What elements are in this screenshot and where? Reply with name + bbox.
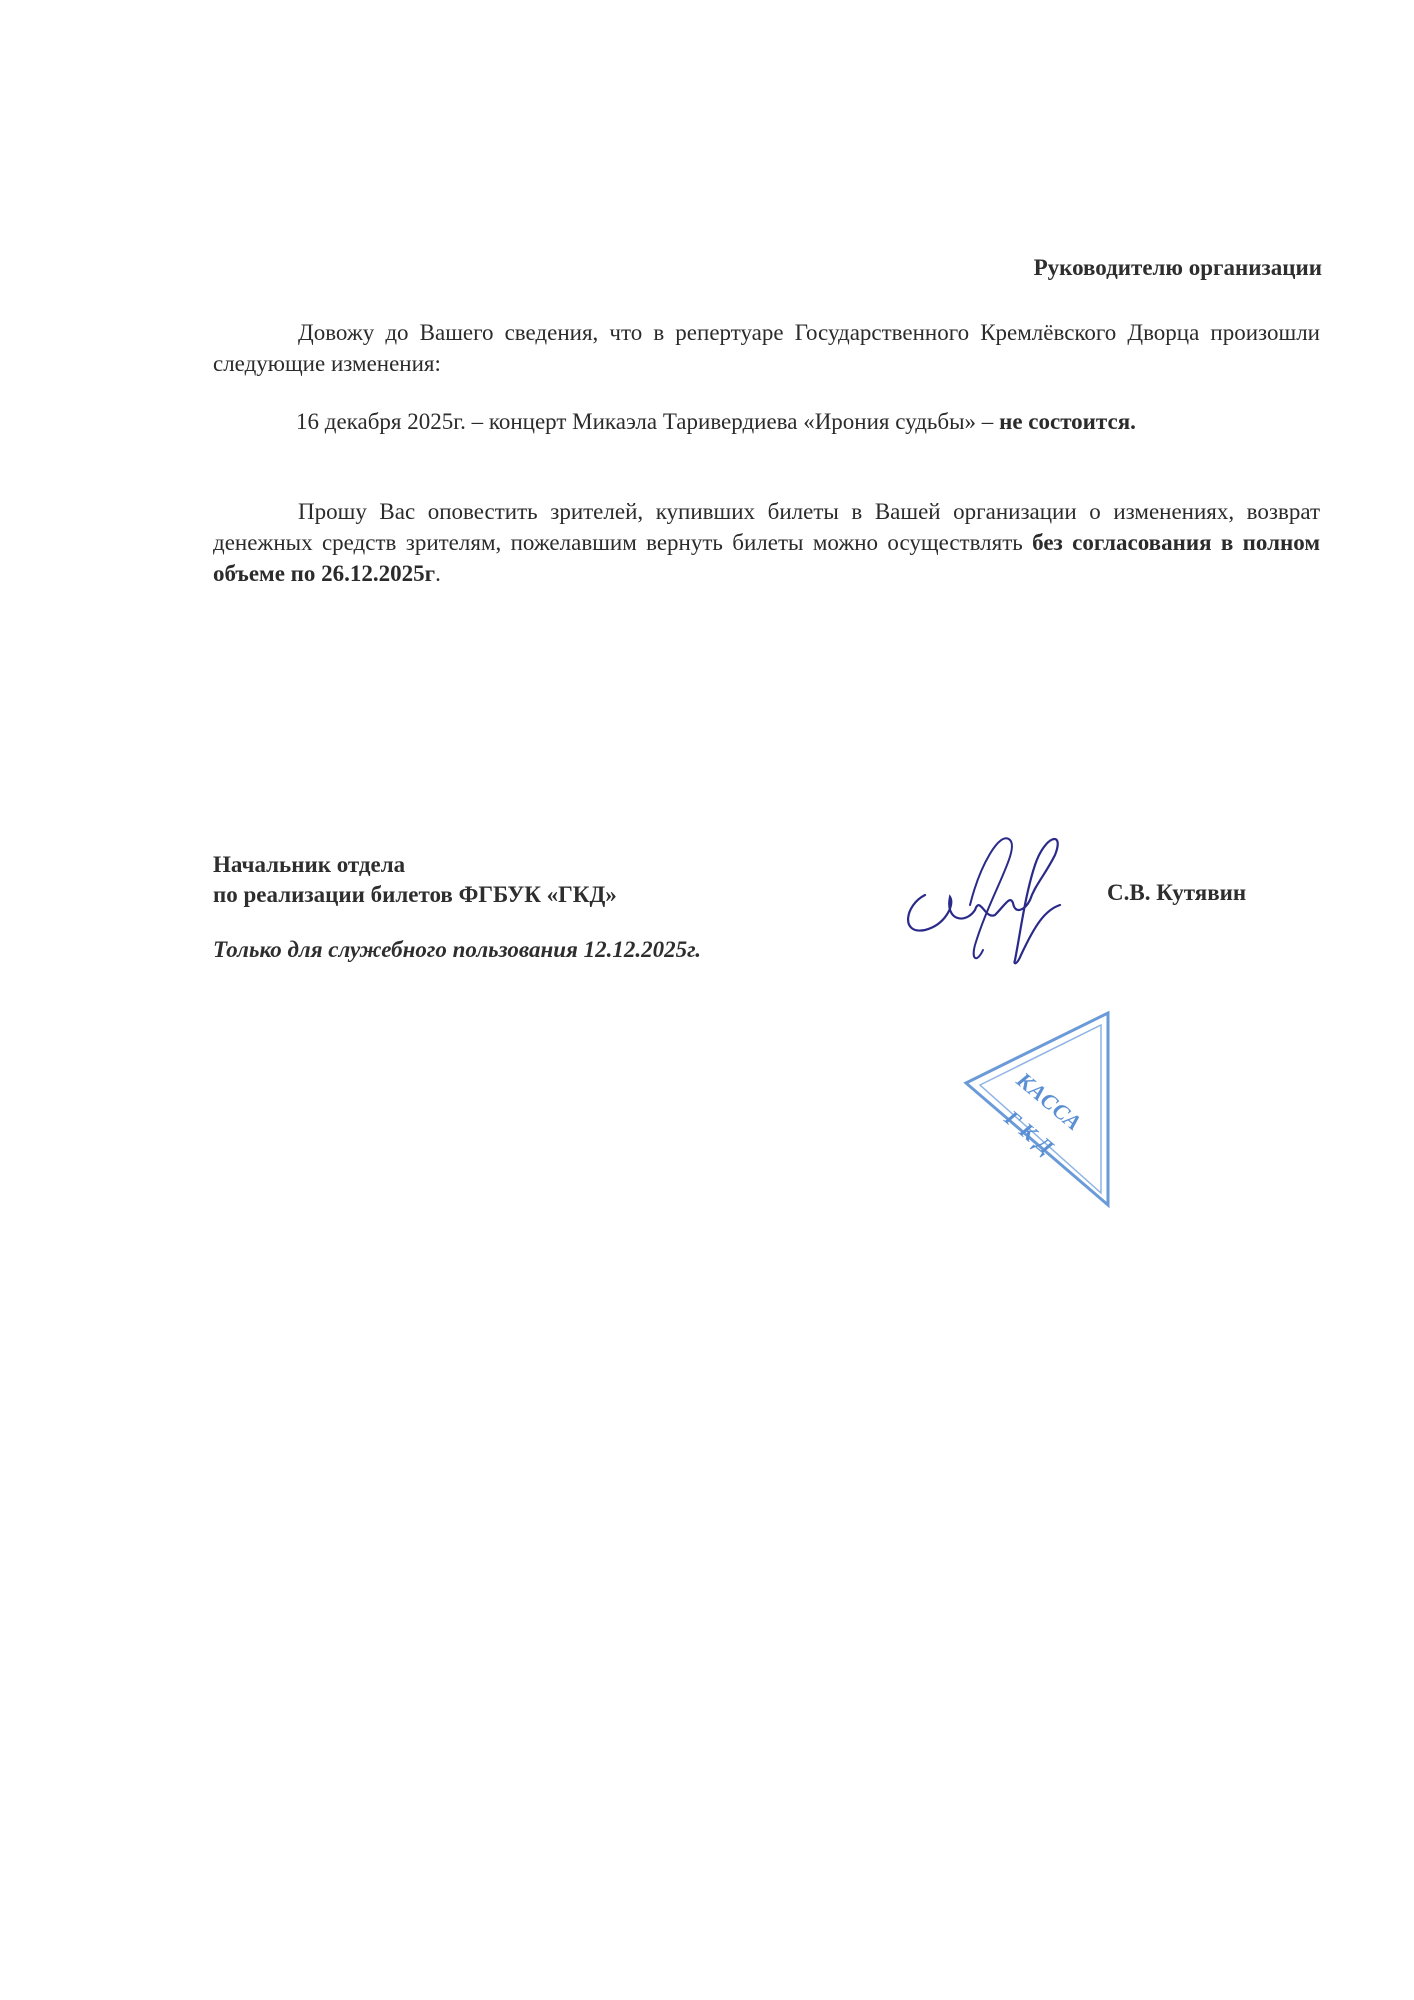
internal-use-note: Только для служебного пользования 12.12.… [213, 937, 701, 963]
signatory-title-line1: Начальник отдела [213, 850, 617, 880]
paragraph-event-change: 16 декабря 2025г. – концерт Микаэла Тари… [296, 406, 1320, 437]
handwritten-signature-icon [895, 825, 1095, 970]
signer-name: С.В. Кутявин [1107, 880, 1246, 906]
document-page: Руководителю организации Довожу до Вашег… [0, 0, 1414, 2000]
event-cancelled-text: не состоится. [999, 409, 1136, 434]
cashier-stamp: КАССА ГКД [958, 1005, 1118, 1215]
addressee-heading: Руководителю организации [1034, 255, 1322, 281]
paragraph-intro: Довожу до Вашего сведения, что в реперту… [213, 317, 1320, 379]
event-change-text: 16 декабря 2025г. – концерт Микаэла Тари… [296, 409, 999, 434]
refund-end: . [435, 561, 441, 586]
signatory-title-line2: по реализации билетов ФГБУК «ГКД» [213, 880, 617, 910]
paragraph-refund: Прошу Вас оповестить зрителей, купивших … [213, 496, 1320, 589]
signatory-title: Начальник отдела по реализации билетов Ф… [213, 850, 617, 910]
